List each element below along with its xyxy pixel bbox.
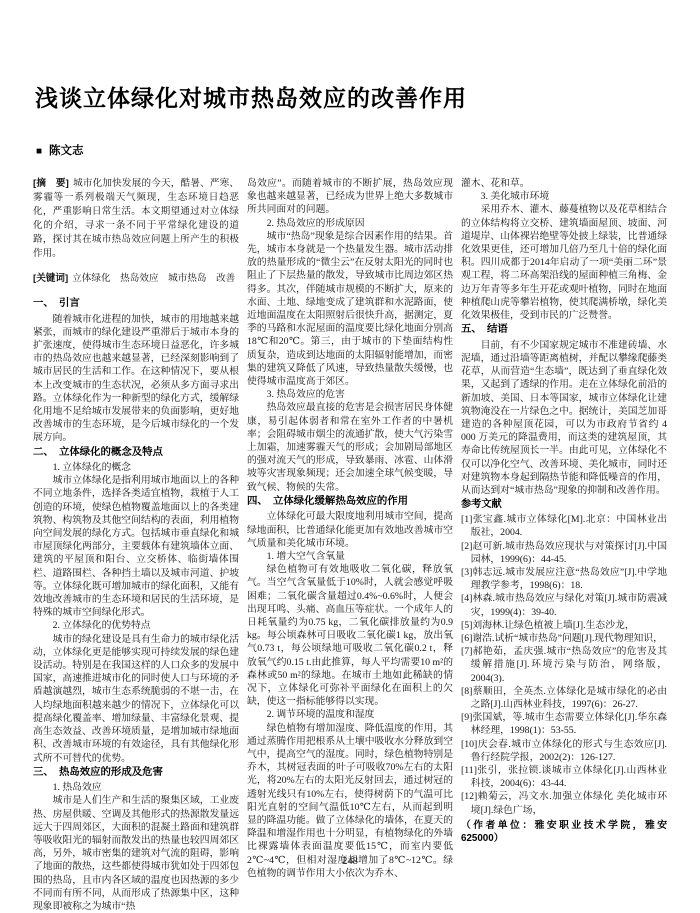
paragraph-role: 立体绿化可最大限度地利用城市空间，提高绿地面积，比普通绿化能更加有效地改善城市空… xyxy=(247,510,453,550)
journal-page: 浅谈立体绿化对城市热岛效应的改善作用 ■陈文志 [摘 要]城市化加快发展的今天，… xyxy=(0,0,700,913)
subsection-heading-concept-1: 1. 立体绿化的概念 xyxy=(33,461,239,474)
paragraph-beautify: 采用乔木、灌木、藤蔓植物以及花草相结合的立体结构将立交桥、建筑墙面屋顶、坡面、河… xyxy=(461,203,667,322)
subsection-heading-heat-1: 1. 热岛效应 xyxy=(33,781,239,794)
abstract: [摘 要]城市化加快发展的今天，酷暑、严寒、雾霾等一系列极端天气频现，生态环境日… xyxy=(33,177,239,261)
author-name: 陈文志 xyxy=(49,145,84,157)
reference-item: [8]蔡顺田，全英杰.立体绿化是城市绿化的必由之路[J].山西林业科技，1997… xyxy=(461,685,667,711)
reference-item: [12]赖菊云，冯文水.加强立体绿化 美化城市环境[J].绿色广场， xyxy=(461,790,667,816)
reference-item: [11]张引，张拉锁.谈城市立体绿化[J].山西林业科技，2004(6)：43-… xyxy=(461,764,667,790)
subsection-heading-beautify: 3. 美化城市环境 xyxy=(461,190,667,203)
reference-item: [1]张宝鑫.城市立体绿化[M].北京：中国林业出版社，2004. xyxy=(461,513,667,539)
section-heading-intro: 一、 引言 xyxy=(33,297,239,312)
references-heading: 参考文献 xyxy=(461,498,667,512)
column-2: 岛效应”。而随着城市的不断扩展，热岛效应现象也越来越显著，已经成为世界上绝大多数… xyxy=(247,177,453,913)
paragraph-temperature-continued: 灌木、花和草。 xyxy=(461,177,667,190)
paragraph-oxygen: 绿色植物可有效地吸收二氧化碳，释放氧气。当空气含氧量低于10%时，人就会感觉呼吸… xyxy=(247,563,453,708)
keywords-label: [关键词] xyxy=(33,273,68,284)
paragraph-heat-1-continued: 岛效应”。而随着城市的不断扩展，热岛效应现象也越来越显著，已经成为世界上绝大多数… xyxy=(247,177,453,217)
subsection-heading-concept-2: 2. 立体绿化的优势特点 xyxy=(33,619,239,632)
column-3: 灌木、花和草。 3. 美化城市环境 采用乔木、灌木、藤蔓植物以及花草相结合的立体… xyxy=(461,177,667,913)
section-heading-concept: 二、 立体绿化的概念及特点 xyxy=(33,446,239,461)
author-marker-icon: ■ xyxy=(36,146,42,157)
subsection-heading-temperature: 2. 调节环境的温度和湿度 xyxy=(247,708,453,721)
page-number: 248 xyxy=(0,856,700,867)
column-1: [摘 要]城市化加快发展的今天，酷暑、严寒、雾霾等一系列极端天气频现，生态环境日… xyxy=(33,177,239,913)
reference-item: [5]刘海林.让绿色植被上墙[J].生态沙龙， xyxy=(461,619,667,632)
subsection-heading-oxygen: 1. 增大空气含氧量 xyxy=(247,550,453,563)
reference-item: [9]张国斌，等.城市生态需要立体绿化[J].华东森林经理，1998(1)：53… xyxy=(461,711,667,737)
author-affiliation: （作者单位：雅安职业技术学院，雅安 625000） xyxy=(461,819,667,845)
page-title: 浅谈立体绿化对城市热岛效应的改善作用 xyxy=(35,80,467,113)
paragraph-conclusion: 目前，有不少国家规定城市不准建砖墙、水泥墙，通过沿墙等距离植树，并配以攀缘爬藤类… xyxy=(461,339,667,497)
reference-item: [2]赵可新.城市热岛效应现状与对策探讨[J].中国园林，1999(6)：44-… xyxy=(461,540,667,566)
article-body: [摘 要]城市化加快发展的今天，酷暑、严寒、雾霾等一系列极端天气频现，生态环境日… xyxy=(33,177,667,913)
paragraph-harm: 热岛效应最直接的危害是会损害居民身体健康，易引起体弱者和常在室外工作者的中暑机率… xyxy=(247,401,453,493)
paragraph-concept-1: 城市立体绿化是指利用城市地面以上的各种不同立地条件，选择各类适宜植物，栽植于人工… xyxy=(33,474,239,619)
reference-item: [4]林森.城市热岛效应与绿化对策[J].城市防震减灾，1999(4)：39-4… xyxy=(461,592,667,618)
paragraph-concept-2: 城市的绿化建设是具有生命力的城市绿化活动，立体绿化更是能够实现可持续发展的绿色建… xyxy=(33,633,239,765)
reference-item: [3]韩志远.城市发展应注意“热岛效应”[J].中学地理教学参考，1998(6)… xyxy=(461,566,667,592)
abstract-label: [摘 要] xyxy=(33,178,69,189)
paragraph-cause: 城市“热岛”现象是综合因素作用的结果。首先，城市本身就是一个热量发生器。城市活动… xyxy=(247,230,453,388)
paragraph-intro: 随着城市化进程的加快，城市的用地越来越紧张，而城市的绿化建设严重滞后于城市本身的… xyxy=(33,313,239,445)
section-heading-conclusion: 五、 结语 xyxy=(461,323,667,338)
abstract-text: 城市化加快发展的今天，酷暑、严寒、雾霾等一系列极端天气频现，生态环境日趋恶化，严… xyxy=(33,178,239,259)
keywords-text: 立体绿化 热岛效应 城市热岛 改善 xyxy=(72,273,235,284)
paragraph-heat-1: 城市是人们生产和生活的聚集区域，工业废热、房屋供暖、空调及其他形式的热源散发量远… xyxy=(33,794,239,913)
section-heading-heat: 三、 热岛效应的形成及危害 xyxy=(33,766,239,781)
author-line: ■陈文志 xyxy=(36,142,84,158)
keywords: [关键词]立体绿化 热岛效应 城市热岛 改善 xyxy=(33,272,239,286)
reference-item: [6]谢浩.试析“城市热岛”问题[J].现代物理知识， xyxy=(461,632,667,645)
reference-item: [10]庆会春.城市立体绿化的形式与生态效应[J].鲁行经院学报，2002(2)… xyxy=(461,738,667,764)
section-heading-role: 四、 立体绿化缓解热岛效应的作用 xyxy=(247,495,453,510)
subsection-heading-cause: 2. 热岛效应的形成原因 xyxy=(247,217,453,230)
reference-item: [7]郝艳茹，孟庆强.城市“热岛效应”的危害及其缓解措施[J].环境污染与防治，… xyxy=(461,645,667,685)
subsection-heading-harm: 3. 热岛效应的危害 xyxy=(247,388,453,401)
